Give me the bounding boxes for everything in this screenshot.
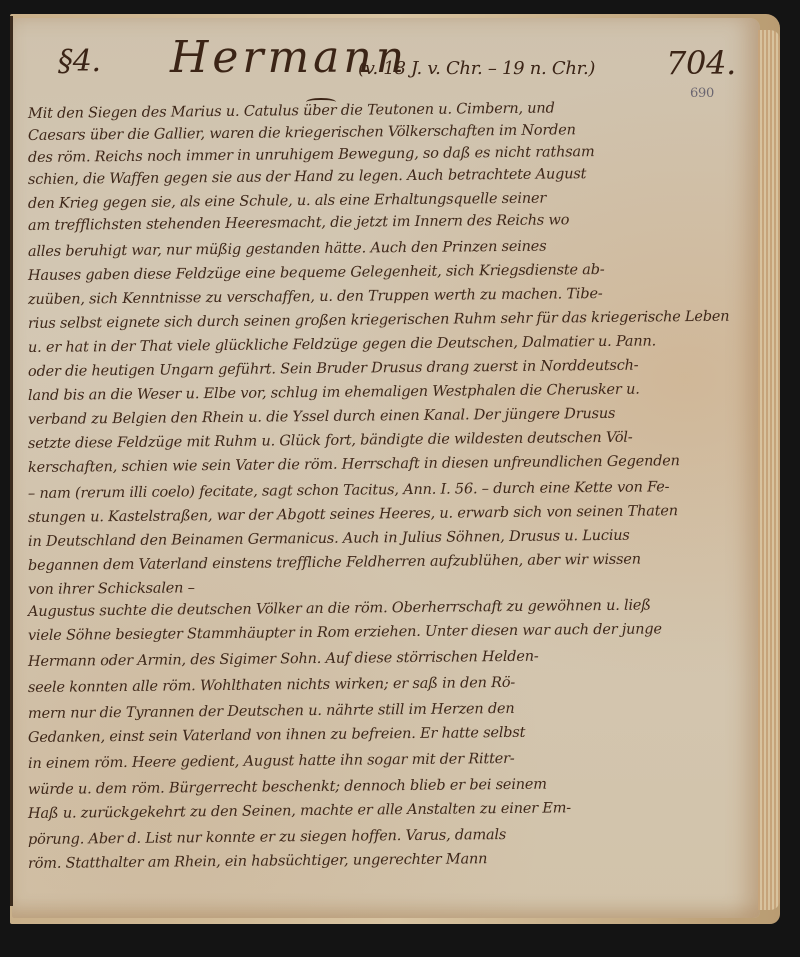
- binding-edge: [10, 16, 13, 906]
- section-number: §4.: [58, 44, 101, 79]
- manuscript-line: von ihrer Schicksalen –: [28, 580, 195, 598]
- page-number: 704.: [666, 44, 736, 82]
- page-fore-edge: [758, 30, 780, 910]
- archive-number: 690: [690, 86, 714, 101]
- title-dates: (v. 18 J. v. Chr. – 19 n. Chr.): [358, 58, 595, 79]
